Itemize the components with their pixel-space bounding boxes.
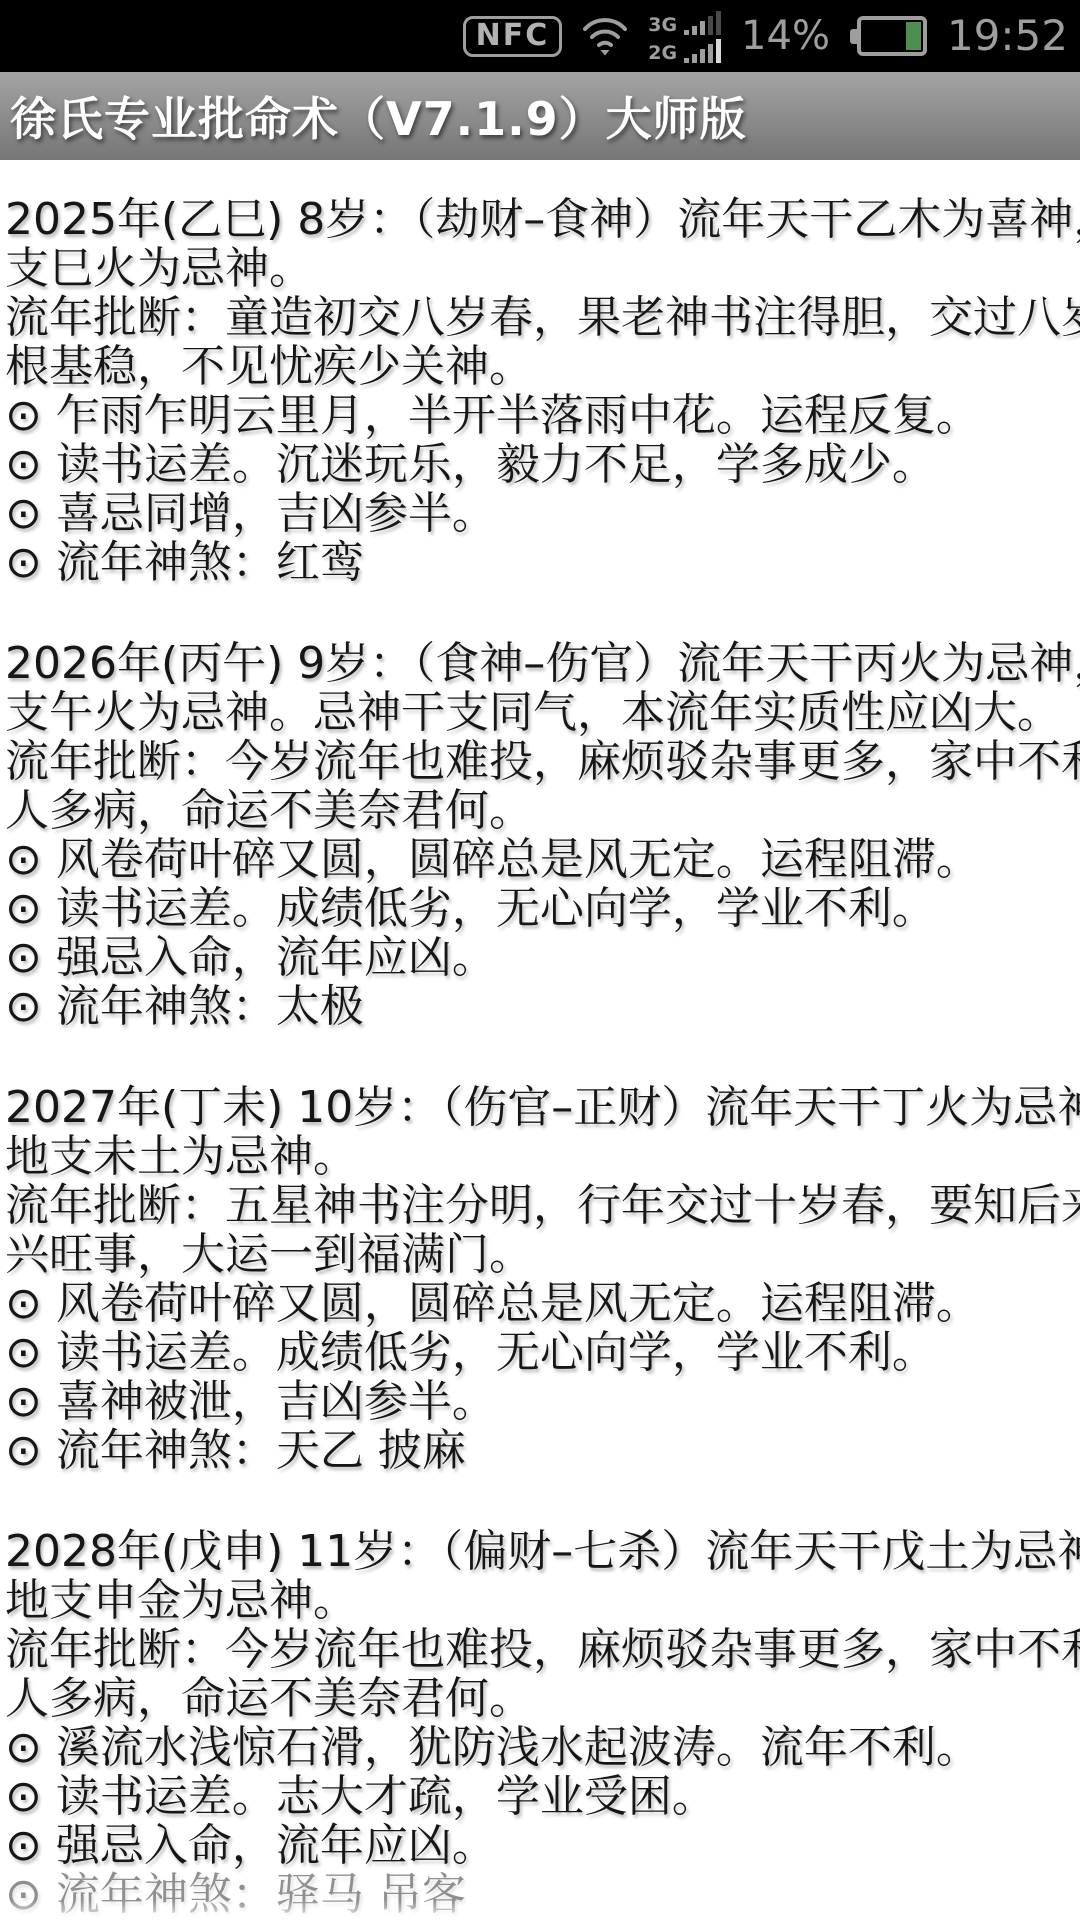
signal-bar (708, 16, 713, 35)
signal-row: 2G (648, 38, 721, 63)
cellular-signal-indicator: 3G2G (648, 10, 721, 63)
text-line: ⊙ 读书运差。志大才疏，学业受困。 (5, 1772, 1080, 1821)
text-line: 2025年(乙巳) 8岁：（劫财–食神）流年天干乙木为喜神，地 (5, 195, 1080, 244)
year-section: 2028年(戊申) 11岁：（偏财–七杀）流年天干戊土为忌神，地支申金为忌神。流… (5, 1527, 1080, 1919)
text-line: 根基稳，不见忧疾少关神。 (5, 342, 1080, 391)
text-line: 人多病，命运不美奈君何。 (5, 786, 1080, 835)
text-line: ⊙ 流年神煞：太极 (5, 982, 1080, 1031)
network-type-label: 2G (648, 44, 677, 63)
year-section: 2025年(乙巳) 8岁：（劫财–食神）流年天干乙木为喜神，地支巳火为忌神。流年… (5, 195, 1080, 587)
text-line: ⊙ 喜忌同增，吉凶参半。 (5, 489, 1080, 538)
text-line: 2028年(戊申) 11岁：（偏财–七杀）流年天干戊土为忌神， (5, 1527, 1080, 1576)
signal-row: 3G (648, 10, 721, 35)
text-line: ⊙ 风卷荷叶碎又圆，圆碎总是风无定。运程阻滞。 (5, 835, 1080, 884)
text-line: ⊙ 读书运差。成绩低劣，无心向学，学业不利。 (5, 1328, 1080, 1377)
signal-bar (716, 39, 721, 63)
text-line: ⊙ 乍雨乍明云里月，半开半落雨中花。运程反复。 (5, 391, 1080, 440)
network-type-label: 3G (648, 16, 677, 35)
signal-bar (684, 30, 689, 35)
text-line: 流年批断：今岁流年也难投，麻烦驳杂事更多，家中不利 (5, 1625, 1080, 1674)
text-line: 人多病，命运不美奈君何。 (5, 1674, 1080, 1723)
text-line: ⊙ 流年神煞：天乙 披麻 (5, 1426, 1080, 1475)
text-line: 地支申金为忌神。 (5, 1576, 1080, 1625)
text-line: 流年批断：今岁流年也难投，麻烦驳杂事更多，家中不利 (5, 737, 1080, 786)
signal-bar (700, 21, 705, 35)
text-line: ⊙ 溪流水浅惊石滑，犹防浅水起波涛。流年不利。 (5, 1723, 1080, 1772)
battery-nub (850, 29, 857, 44)
status-bar: NFC 3G2G 14% 19:52 (0, 0, 1080, 72)
battery-body (857, 16, 927, 56)
signal-bar (684, 58, 689, 63)
text-line: 支巳火为忌神。 (5, 244, 1080, 293)
wifi-icon (582, 16, 628, 56)
text-line: 地支未土为忌神。 (5, 1132, 1080, 1181)
text-line: ⊙ 风卷荷叶碎又圆，圆碎总是风无定。运程阻滞。 (5, 1279, 1080, 1328)
text-line: 2027年(丁未) 10岁：（伤官–正财）流年天干丁火为忌神， (5, 1083, 1080, 1132)
text-line: ⊙ 强忌入命，流年应凶。 (5, 933, 1080, 982)
battery-icon (850, 16, 927, 56)
text-line: 兴旺事，大运一到福满门。 (5, 1230, 1080, 1279)
text-line: 流年批断：童造初交八岁春，果老神书注得胆，交过八岁 (5, 293, 1080, 342)
signal-bar (692, 26, 697, 35)
signal-bar (716, 11, 721, 35)
nfc-icon: NFC (463, 16, 563, 57)
signal-bar (700, 49, 705, 63)
text-line: ⊙ 喜神被泄，吉凶参半。 (5, 1377, 1080, 1426)
year-section: 2027年(丁未) 10岁：（伤官–正财）流年天干丁火为忌神，地支未土为忌神。流… (5, 1083, 1080, 1475)
text-line: ⊙ 读书运差。沉迷玩乐，毅力不足，学多成少。 (5, 440, 1080, 489)
year-section: 2026年(丙午) 9岁：（食神–伤官）流年天干丙火为忌神，地支午火为忌神。忌神… (5, 639, 1080, 1031)
text-line: 2026年(丙午) 9岁：（食神–伤官）流年天干丙火为忌神，地 (5, 639, 1080, 688)
content[interactable]: 2025年(乙巳) 8岁：（劫财–食神）流年天干乙木为喜神，地支巳火为忌神。流年… (0, 160, 1080, 1919)
status-clock: 19:52 (947, 15, 1068, 57)
signal-bar (692, 54, 697, 63)
signal-bars (684, 10, 721, 35)
text-line: ⊙ 读书运差。成绩低劣，无心向学，学业不利。 (5, 884, 1080, 933)
text-line: ⊙ 强忌入命，流年应凶。 (5, 1821, 1080, 1870)
title-bar: 徐氏专业批命术（V7.1.9）大师版 (0, 72, 1080, 160)
text-line: 流年批断：五星神书注分明，行年交过十岁春，要知后来 (5, 1181, 1080, 1230)
signal-bar (708, 44, 713, 63)
signal-bars (684, 38, 721, 63)
text-line: ⊙ 流年神煞：驿马 吊客 (5, 1870, 1080, 1919)
phone-screen: NFC 3G2G 14% 19:52 徐氏专业批命术（V7.1.9）大师版 20… (0, 0, 1080, 1920)
text-line: 支午火为忌神。忌神干支同气，本流年实质性应凶大。 (5, 688, 1080, 737)
battery-percent-label: 14% (741, 16, 830, 56)
app-title: 徐氏专业批命术（V7.1.9）大师版 (10, 83, 747, 149)
text-line: ⊙ 流年神煞：红鸾 (5, 538, 1080, 587)
battery-fill (906, 22, 921, 50)
